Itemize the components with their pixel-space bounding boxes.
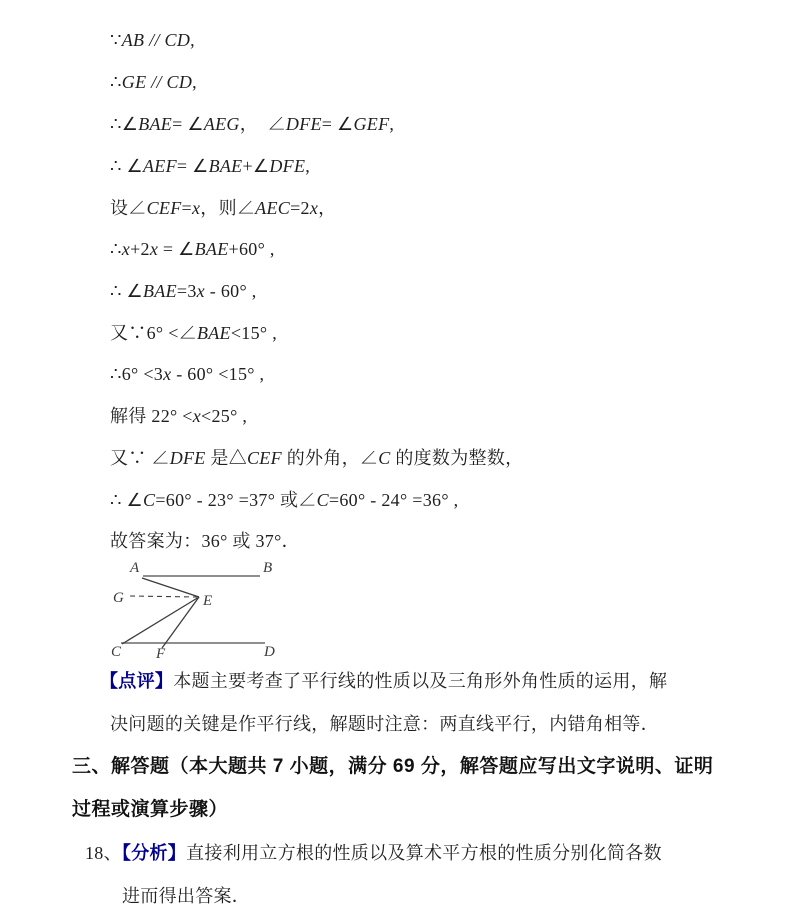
figure-label-F: F bbox=[155, 646, 166, 662]
solution-line-6: ∴x+2x = ∠BAE+60° , bbox=[110, 238, 275, 260]
item18-text-1: 直接利用立方根的性质以及算术平方根的性质分别化简各数 bbox=[186, 843, 662, 863]
solution-line-5: 设∠CEF=x，则∠AEC=2x， bbox=[110, 197, 336, 219]
section-header-line-2: 过程或演算步骤） bbox=[72, 799, 228, 821]
figure-label-G: G bbox=[113, 590, 124, 606]
solution-line-9: ∴6° <3x - 60° <15° , bbox=[110, 363, 264, 385]
solution-line-7: ∴ ∠BAE=3x - 60° , bbox=[110, 280, 257, 302]
comment-tag: 【点评】 bbox=[100, 671, 173, 691]
figure-label-A: A bbox=[129, 560, 140, 576]
solution-line-13: 故答案为：36° 或 37°． bbox=[110, 530, 300, 552]
item18-analysis-tag: 【分析】 bbox=[122, 843, 186, 863]
comment-paragraph-line-1: 【点评】本题主要考查了平行线的性质以及三角形外角性质的运用，解 bbox=[100, 670, 667, 692]
figure-label-C: C bbox=[111, 644, 122, 660]
comment-text-1: 本题主要考查了平行线的性质以及三角形外角性质的运用，解 bbox=[173, 671, 667, 691]
solution-line-2: ∴GE // CD, bbox=[110, 71, 197, 93]
figure-label-B: B bbox=[263, 560, 272, 576]
geometry-figure: A B G E C F D bbox=[100, 552, 310, 667]
figure-label-E: E bbox=[202, 593, 212, 609]
figure-label-D: D bbox=[263, 644, 275, 660]
comment-paragraph-line-2: 决问题的关键是作平行线，解题时注意：两直线平行，内错角相等． bbox=[110, 713, 659, 735]
document-page: ∵AB // CD, ∴GE // CD, ∴∠BAE= ∠AEG， ∠DFE=… bbox=[0, 0, 794, 917]
solution-line-1: ∵AB // CD, bbox=[110, 29, 195, 51]
item18-line-1: 18、【分析】直接利用立方根的性质以及算术平方根的性质分别化简各数 bbox=[85, 842, 662, 864]
solution-line-8: 又∵6° <∠BAE<15° , bbox=[110, 322, 277, 344]
segment-GE-dashed bbox=[130, 596, 197, 597]
item18-line-2: 进而得出答案． bbox=[122, 885, 250, 907]
solution-line-3: ∴∠BAE= ∠AEG， ∠DFE= ∠GEF, bbox=[110, 113, 394, 135]
segment-AE bbox=[142, 578, 199, 597]
solution-line-4: ∴ ∠AEF= ∠BAE+∠DFE, bbox=[110, 155, 310, 177]
segment-EC bbox=[122, 597, 199, 644]
solution-line-10: 解得 22° <x<25° , bbox=[110, 405, 247, 427]
section-header-line-1: 三、解答题（本大题共 7 小题，满分 69 分，解答题应写出文字说明、证明 bbox=[72, 756, 713, 778]
solution-line-12: ∴ ∠C=60° - 23° =37° 或∠C=60° - 24° =36° , bbox=[110, 489, 458, 511]
solution-line-11: 又∵ ∠DFE 是△CEF 的外角，∠C 的度数为整数， bbox=[110, 447, 523, 469]
segment-EF bbox=[162, 597, 199, 648]
item18-number: 18、 bbox=[85, 843, 122, 863]
